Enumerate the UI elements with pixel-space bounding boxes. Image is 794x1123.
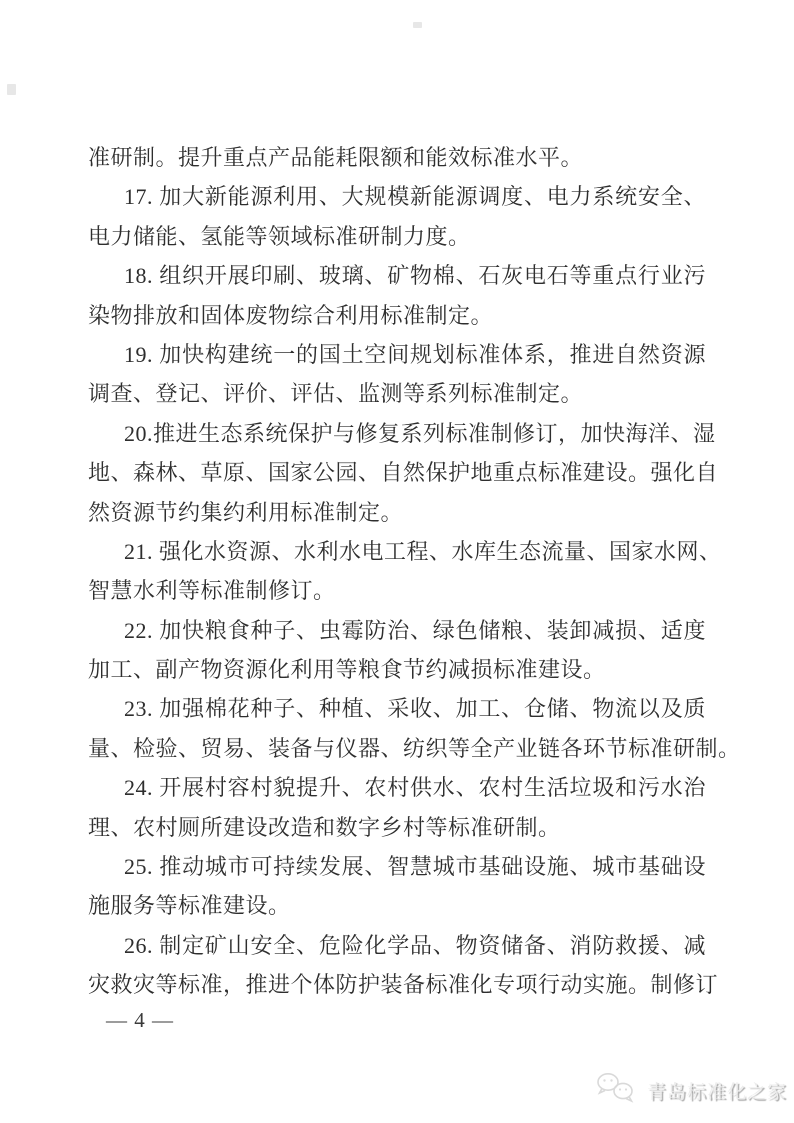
text-line: 25. 推动城市可持续发展、智慧城市基础设施、城市基础设 (88, 847, 706, 886)
paragraph: 25. 推动城市可持续发展、智慧城市基础设施、城市基础设施服务等标准建设。 (88, 847, 706, 926)
paragraph: 20.推进生态系统保护与修复系列标准制修订，加快海洋、湿地、森林、草原、国家公园… (88, 414, 706, 532)
text-line: 17. 加大新能源利用、大规模新能源调度、电力系统安全、 (88, 177, 706, 216)
document-page: 准研制。提升重点产品能耗限额和能效标准水平。17. 加大新能源利用、大规模新能源… (0, 0, 794, 1123)
scan-speck-left (7, 84, 16, 95)
paragraph: 17. 加大新能源利用、大规模新能源调度、电力系统安全、电力储能、氢能等领域标准… (88, 177, 706, 256)
paragraph: 26. 制定矿山安全、危险化学品、物资储备、消防救援、减灾救灾等标准，推进个体防… (88, 926, 706, 1005)
scan-speck-top (413, 22, 422, 28)
text-line: 26. 制定矿山安全、危险化学品、物资储备、消防救援、减 (88, 926, 706, 965)
text-line: 20.推进生态系统保护与修复系列标准制修订，加快海洋、湿 (88, 414, 706, 453)
text-line: 23. 加强棉花种子、种植、采收、加工、仓储、物流以及质 (88, 689, 706, 728)
text-line: 地、森林、草原、国家公园、自然保护地重点标准建设。强化自 (88, 453, 706, 492)
page-number: — 4 — (106, 1004, 174, 1036)
watermark-text: 青岛标准化之家 (647, 1077, 787, 1104)
paragraph: 23. 加强棉花种子、种植、采收、加工、仓储、物流以及质量、检验、贸易、装备与仪… (88, 689, 706, 768)
text-line: 准研制。提升重点产品能耗限额和能效标准水平。 (88, 138, 706, 177)
paragraph: 22. 加快粮食种子、虫霉防治、绿色储粮、装卸减损、适度加工、副产物资源化利用等… (88, 611, 706, 690)
wechat-icon (596, 1072, 638, 1109)
text-line: 电力储能、氢能等领域标准研制力度。 (88, 217, 706, 256)
text-block: 准研制。提升重点产品能耗限额和能效标准水平。17. 加大新能源利用、大规模新能源… (88, 138, 706, 1005)
watermark: 青岛标准化之家 (596, 1072, 787, 1108)
paragraph: 24. 开展村容村貌提升、农村供水、农村生活垃圾和污水治理、农村厕所建设改造和数… (88, 768, 706, 847)
text-line: 22. 加快粮食种子、虫霉防治、绿色储粮、装卸减损、适度 (88, 611, 706, 650)
text-line: 18. 组织开展印刷、玻璃、矿物棉、石灰电石等重点行业污 (88, 256, 706, 295)
paragraph: 21. 强化水资源、水利水电工程、水库生态流量、国家水网、智慧水利等标准制修订。 (88, 532, 706, 611)
text-line: 24. 开展村容村貌提升、农村供水、农村生活垃圾和污水治 (88, 768, 706, 807)
paragraph: 19. 加快构建统一的国土空间规划标准体系，推进自然资源调查、登记、评价、评估、… (88, 335, 706, 414)
text-line: 染物排放和固体废物综合利用标准制定。 (88, 296, 706, 335)
text-line: 调查、登记、评价、评估、监测等系列标准制定。 (88, 374, 706, 413)
paragraph: 18. 组织开展印刷、玻璃、矿物棉、石灰电石等重点行业污染物排放和固体废物综合利… (88, 256, 706, 335)
paragraph: 准研制。提升重点产品能耗限额和能效标准水平。 (88, 138, 706, 177)
text-line: 灾救灾等标准，推进个体防护装备标准化专项行动实施。制修订 (88, 965, 706, 1004)
text-line: 然资源节约集约利用标准制定。 (88, 493, 706, 532)
text-line: 加工、副产物资源化利用等粮食节约减损标准建设。 (88, 650, 706, 689)
text-line: 智慧水利等标准制修订。 (88, 571, 706, 610)
text-line: 21. 强化水资源、水利水电工程、水库生态流量、国家水网、 (88, 532, 706, 571)
text-line: 19. 加快构建统一的国土空间规划标准体系，推进自然资源 (88, 335, 706, 374)
text-line: 量、检验、贸易、装备与仪器、纺织等全产业链各环节标准研制。 (88, 729, 706, 768)
text-line: 理、农村厕所建设改造和数字乡村等标准研制。 (88, 808, 706, 847)
text-line: 施服务等标准建设。 (88, 886, 706, 925)
